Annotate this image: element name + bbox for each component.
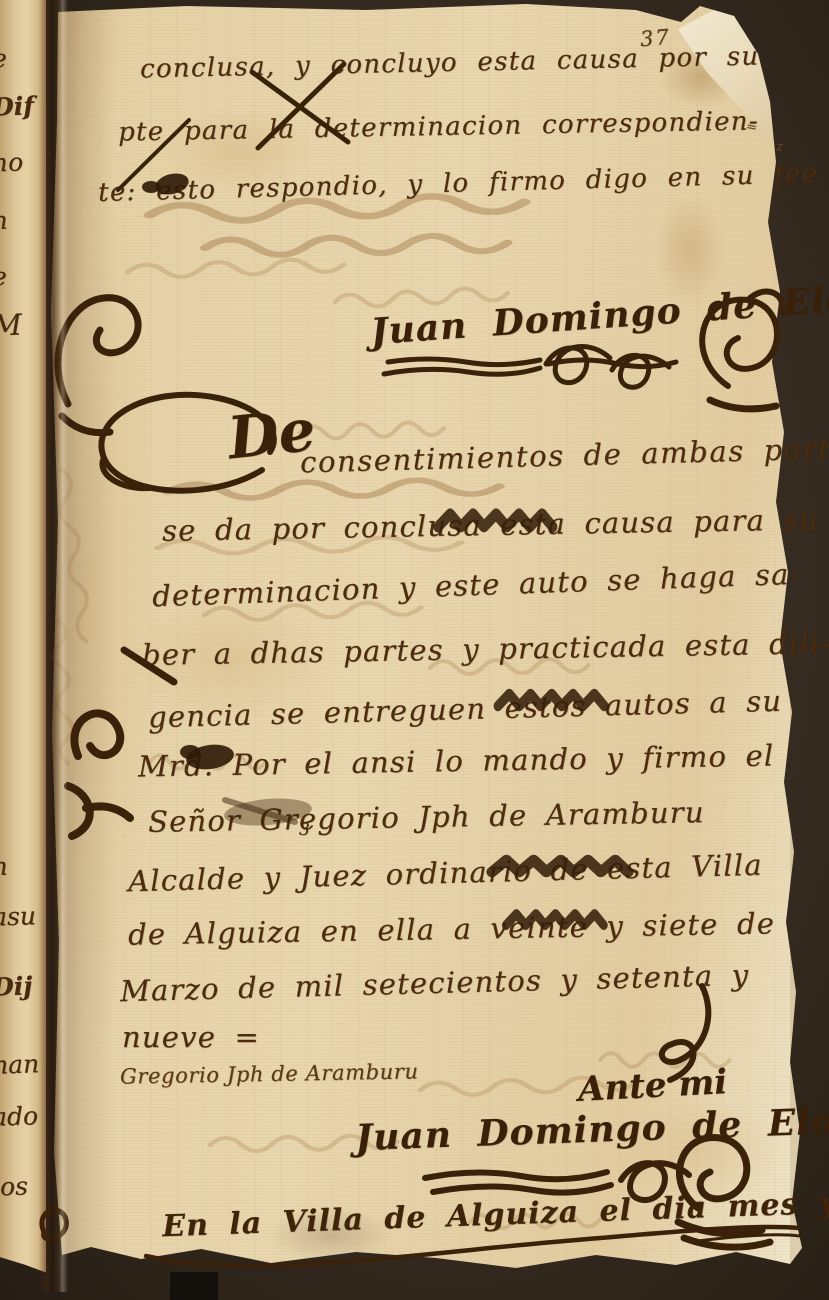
ante-mi-label: Ante mi (577, 1062, 728, 1110)
signature-gregorio: Gregorio Jph de Aramburu (120, 1059, 419, 1088)
manuscript-line: ber a dhas partes y practicada esta dili… (142, 626, 829, 672)
photographed-manuscript: e Dif ho h e M h asu Dij nan ado ios (0, 0, 829, 1300)
manuscript-line: determinacion y este auto se haga sa- (152, 557, 801, 614)
manuscript-line: conclusa, y concluyo esta causa por su (140, 42, 760, 85)
signature-juan-domingo: Juan Domingo de Elola (354, 1099, 829, 1159)
edge-mark: z (776, 139, 783, 155)
insert-mark: 3 (299, 820, 310, 840)
manuscript-line: Señor Gregorio Jph de Aramburu (148, 795, 705, 839)
manuscript-line: de Alguiza en ella a veinte y siete de (128, 906, 776, 951)
manuscript-line: te: esto respondio, y lo firmo digo en s… (98, 158, 829, 208)
manuscript-line: Alcalde y Juez ordinario de esta Villa (128, 848, 763, 899)
closing-line: En la Villa de Alguiza el dia mes y año (162, 1183, 829, 1245)
manuscript-line: consentimientos de ambas partes (300, 431, 829, 480)
manuscript-line: pte para la determinacion correspondien- (118, 106, 759, 147)
manuscript-line: se da por conclusa esta causa para su (162, 502, 820, 547)
signature-juan-domingo: Juan Domingo de Elola (369, 275, 829, 353)
manuscript-line: gencia se entreguen estos autos a su (148, 684, 783, 735)
manuscript-line: Mrd. Por el ansi lo mando y firmo el (138, 738, 775, 783)
manuscript-line: Marzo de mil setecientos y setenta y (120, 958, 750, 1008)
manuscript-line: nueve = (122, 1020, 260, 1054)
